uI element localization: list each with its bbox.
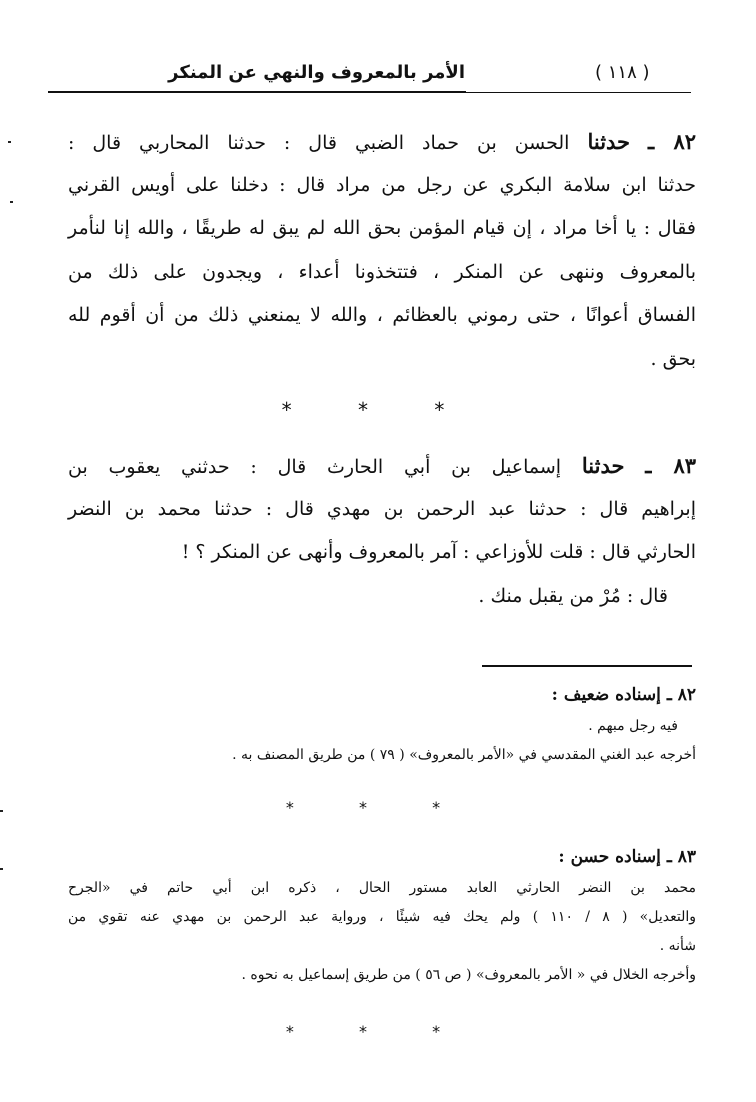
header-rule bbox=[48, 91, 466, 93]
hadith-number: ٨٢ ـ bbox=[648, 129, 696, 154]
scan-speck bbox=[0, 868, 3, 870]
footnote-line: فيه رجل مبهم . bbox=[68, 712, 696, 741]
running-header: الأمر بالمعروف والنهي عن المنكر bbox=[50, 62, 465, 88]
hadith-text: الحسن بن حماد الضبي قال : حدثنا المحاربي… bbox=[68, 132, 569, 154]
hadith-line: فقال : يا أخا مراد ، إن قيام المؤمن بحق … bbox=[68, 207, 696, 251]
page-number: ( ١١٨ ) bbox=[595, 62, 650, 83]
footnote-heading: ٨٣ ـ إسناده حسن : bbox=[68, 840, 696, 874]
footnote-line: أخرجه عبد الغني المقدسي في «الأمر بالمعر… bbox=[68, 741, 696, 770]
footnote-line: والتعديل» ( ٨ / ١١٠ ) ولم يحك فيه شيئًا … bbox=[68, 903, 696, 932]
footnote-82: ٨٢ ـ إسناده ضعيف : فيه رجل مبهم . أخرجه … bbox=[68, 678, 696, 770]
hadith-line: قال : مُرْ من يقبل منك . bbox=[68, 575, 696, 619]
footnote-line: وأخرجه الخلال في « الأمر بالمعروف» ( ص ٥… bbox=[68, 961, 696, 990]
hadith-line: ٨٣ ـ حدثنا إسماعيل بن أبي الحارث قال : ح… bbox=[68, 444, 696, 488]
footnote-line: شأنه . bbox=[68, 932, 696, 961]
header-rule-thin bbox=[466, 92, 691, 93]
hadith-text: إسماعيل بن أبي الحارث قال : حدثني يعقوب … bbox=[68, 456, 561, 478]
hadith-lead: حدثنا bbox=[587, 129, 630, 154]
hadith-line: ٨٢ ـ حدثنا الحسن بن حماد الضبي قال : حدث… bbox=[68, 120, 696, 164]
hadith-line: الفساق أعوانًا ، حتى رموني بالعظائم ، وا… bbox=[68, 294, 696, 338]
hadith-line: حدثنا ابن سلامة البكري عن رجل من مراد قا… bbox=[68, 164, 696, 208]
scan-speck bbox=[0, 810, 3, 812]
hadith-number: ٨٣ ـ bbox=[645, 453, 696, 478]
footnote-83: ٨٣ ـ إسناده حسن : محمد بن النضر الحارثي … bbox=[68, 840, 696, 990]
hadith-line: إبراهيم قال : حدثنا عبد الرحمن بن مهدي ق… bbox=[68, 488, 696, 532]
section-separator: * * * bbox=[0, 798, 756, 817]
hadith-82: ٨٢ ـ حدثنا الحسن بن حماد الضبي قال : حدث… bbox=[68, 120, 696, 381]
running-title: الأمر بالمعروف والنهي عن المنكر bbox=[168, 62, 465, 83]
footnote-line: محمد بن النضر الحارثي العابد مستور الحال… bbox=[68, 874, 696, 903]
section-separator: * * * bbox=[0, 1022, 756, 1041]
book-page: ( ١١٨ ) الأمر بالمعروف والنهي عن المنكر … bbox=[0, 0, 756, 1102]
scan-speck bbox=[8, 141, 11, 143]
footnote-rule bbox=[482, 665, 692, 667]
hadith-line: بالمعروف وننهى عن المنكر ، فتتخذونا أعدا… bbox=[68, 251, 696, 295]
section-separator: * * * bbox=[0, 398, 756, 422]
hadith-line: بحق . bbox=[68, 338, 696, 382]
footnote-heading: ٨٢ ـ إسناده ضعيف : bbox=[68, 678, 696, 712]
scan-speck bbox=[10, 201, 13, 203]
hadith-line: الحارثي قال : قلت للأوزاعي : آمر بالمعرو… bbox=[68, 531, 696, 575]
hadith-83: ٨٣ ـ حدثنا إسماعيل بن أبي الحارث قال : ح… bbox=[68, 444, 696, 618]
hadith-lead: حدثنا bbox=[582, 453, 625, 478]
